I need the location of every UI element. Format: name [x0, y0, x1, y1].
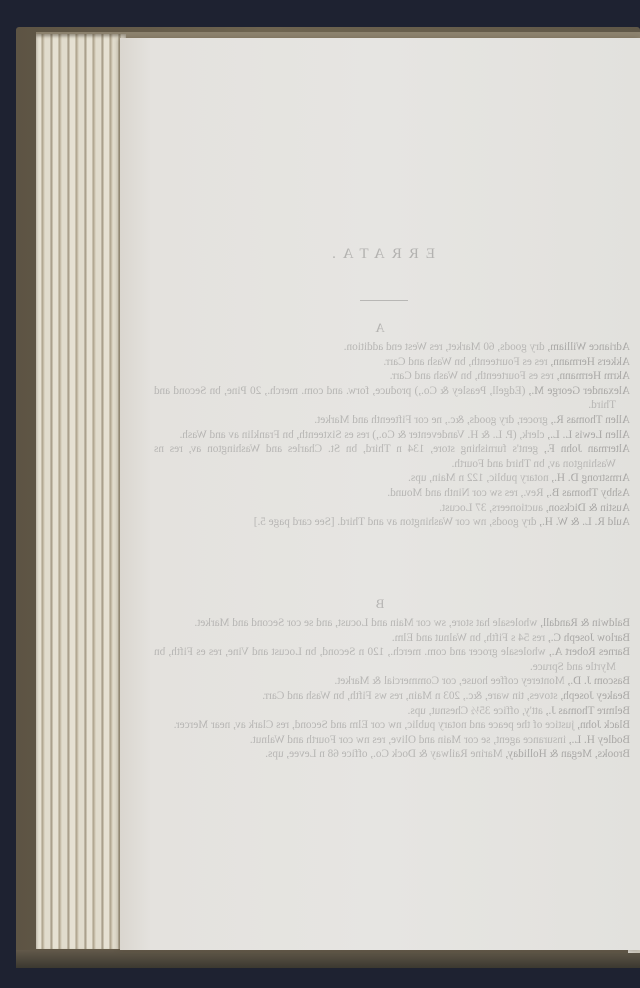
book-page: ERRATA. A Adriance William, dry goods, 6…: [120, 38, 640, 950]
section-heading-b: B: [120, 596, 640, 612]
directory-entry: Alexander George M., (Edgell, Peasley & …: [154, 384, 630, 413]
directory-entry: Ashby Thomas B., Rev., res sw cor Ninth …: [154, 486, 630, 501]
section-b-entries: Baldwin & Randall, wholesale hat store, …: [154, 616, 630, 762]
photo-scene: ERRATA. A Adriance William, dry goods, 6…: [0, 0, 640, 988]
directory-entry: Barlow Joseph C., res 54 s Fifth, bn Wal…: [154, 631, 630, 646]
directory-entry: Alterman John F., gent's furnishing stor…: [154, 442, 630, 471]
directory-entry: Austin & Dickson, auctioneers, 37 Locust…: [154, 501, 630, 516]
directory-entry: Bodley H. L., insurance agent, se cor Ma…: [154, 733, 630, 748]
directory-entry: Black John, justice of the peace and not…: [154, 718, 630, 733]
directory-entry: Bascom J. D., Monterey coffee house, cor…: [154, 674, 630, 689]
section-heading-a: A: [120, 320, 640, 336]
directory-entry: Allen Lewis L. L., clerk, (P. L. & H. Va…: [154, 428, 630, 443]
directory-entry: Belmre Thomas J., att'y, office 35½ Ches…: [154, 704, 630, 719]
directory-entry: Akrm Hermann, res es Fourteenth, bn Wash…: [154, 369, 630, 384]
directory-entry: Baldwin & Randall, wholesale hat store, …: [154, 616, 630, 631]
section-a-entries: Adriance William, dry goods, 60 Market, …: [154, 340, 630, 530]
directory-entry: Armstrong D. H., notary public, 122 n Ma…: [154, 471, 630, 486]
page-stack-left: [36, 34, 126, 949]
directory-entry: Adriance William, dry goods, 60 Market, …: [154, 340, 630, 355]
directory-entry: Auld R. L. & W. H., dry goods, nw cor Wa…: [154, 515, 630, 530]
directory-entry: Beakey Joseph, stoves, tin ware, &c., 20…: [154, 689, 630, 704]
page-title: ERRATA.: [120, 246, 640, 263]
book-cover-bottom-edge: [16, 950, 640, 968]
mirrored-bleedthrough-text: ERRATA. A Adriance William, dry goods, 6…: [120, 38, 640, 950]
directory-entry: Brooks, Megan & Holliday, Marine Railway…: [154, 747, 630, 762]
directory-entry: Akkers Hermann, res es Fourteenth, bn Wa…: [154, 355, 630, 370]
title-rule: [360, 300, 408, 301]
directory-entry: Allen Thomas R., grocer, dry goods, &c.,…: [154, 413, 630, 428]
directory-entry: Barnes Robert A., wholesale grocer and c…: [154, 645, 630, 674]
